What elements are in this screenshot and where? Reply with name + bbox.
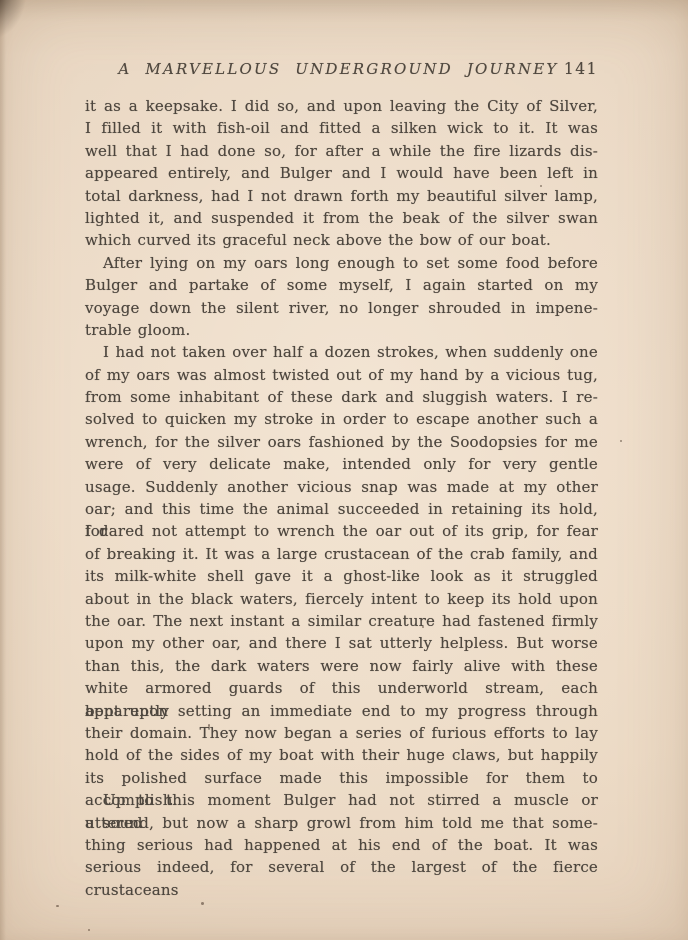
text-line: of breaking it. It was a large crustacea… <box>85 543 598 565</box>
text-line: than this, the dark waters were now fair… <box>85 655 598 677</box>
text-line: it as a keepsake. I did so, and upon lea… <box>85 95 598 117</box>
scan-speck <box>201 902 204 905</box>
text-line: usage. Suddenly another vicious snap was… <box>85 476 598 498</box>
body-text: it as a keepsake. I did so, and upon lea… <box>85 95 598 879</box>
text-line: wrench, for the silver oars fashioned by… <box>85 431 598 453</box>
text-line: solved to quicken my stroke in order to … <box>85 408 598 430</box>
text-line: white armored guards of this underworld … <box>85 677 598 699</box>
text-line: voyage down the silent river, no longer … <box>85 297 598 319</box>
scan-edge-shadow-left <box>0 0 6 940</box>
text-line: their domain. They now began a series of… <box>85 722 598 744</box>
scan-speck <box>208 724 210 727</box>
text-line: were of very delicate make, intended onl… <box>85 453 598 475</box>
text-line: about in the black waters, fiercely inte… <box>85 588 598 610</box>
text-line: of my oars was almost twisted out of my … <box>85 364 598 386</box>
scan-corner-shadow <box>0 0 26 38</box>
scan-speck <box>540 185 542 187</box>
text-line: from some inhabitant of these dark and s… <box>85 386 598 408</box>
text-line: upon my other oar, and there I sat utter… <box>85 632 598 654</box>
text-line: trable gloom. <box>85 319 598 341</box>
scan-speck <box>88 929 90 931</box>
text-line: lighted it, and suspended it from the be… <box>85 207 598 229</box>
text-line: total darkness, had I not drawn forth my… <box>85 185 598 207</box>
text-line: which curved its graceful neck above the… <box>85 229 598 251</box>
book-page: A MARVELLOUS UNDERGROUND JOURNEY 141 it … <box>0 0 688 940</box>
running-head: A MARVELLOUS UNDERGROUND JOURNEY 141 <box>85 60 598 78</box>
running-head-title: A MARVELLOUS UNDERGROUND JOURNEY <box>85 60 564 78</box>
text-line: I had not taken over half a dozen stroke… <box>85 341 598 363</box>
scan-speck <box>422 626 424 628</box>
text-line: oar; and this time the animal succeeded … <box>85 498 598 520</box>
text-line: Up to this moment Bulger had not stirred… <box>85 789 598 811</box>
scan-edge-shadow-top <box>0 0 688 22</box>
text-line: well that I had done so, for after a whi… <box>85 140 598 162</box>
scan-speck <box>311 729 313 731</box>
text-line: its milk-white shell gave it a ghost-lik… <box>85 565 598 587</box>
text-line: serious indeed, for several of the large… <box>85 856 598 878</box>
text-line: bent upon setting an immediate end to my… <box>85 700 598 722</box>
text-line: appeared entirely, and Bulger and I woul… <box>85 162 598 184</box>
scan-speck <box>56 905 59 907</box>
text-line: I filled it with fish-oil and fitted a s… <box>85 117 598 139</box>
text-line: thing serious had happened at his end of… <box>85 834 598 856</box>
page-number: 141 <box>564 60 598 78</box>
text-line: I dared not attempt to wrench the oar ou… <box>85 520 598 542</box>
text-line: Bulger and partake of some myself, I aga… <box>85 274 598 296</box>
text-line: a sound, but now a sharp growl from him … <box>85 812 598 834</box>
text-line: its polished surface made this impossibl… <box>85 767 598 789</box>
text-line: After lying on my oars long enough to se… <box>85 252 598 274</box>
scan-speck <box>620 440 622 442</box>
text-line: hold of the sides of my boat with their … <box>85 744 598 766</box>
text-line: the oar. The next instant a similar crea… <box>85 610 598 632</box>
